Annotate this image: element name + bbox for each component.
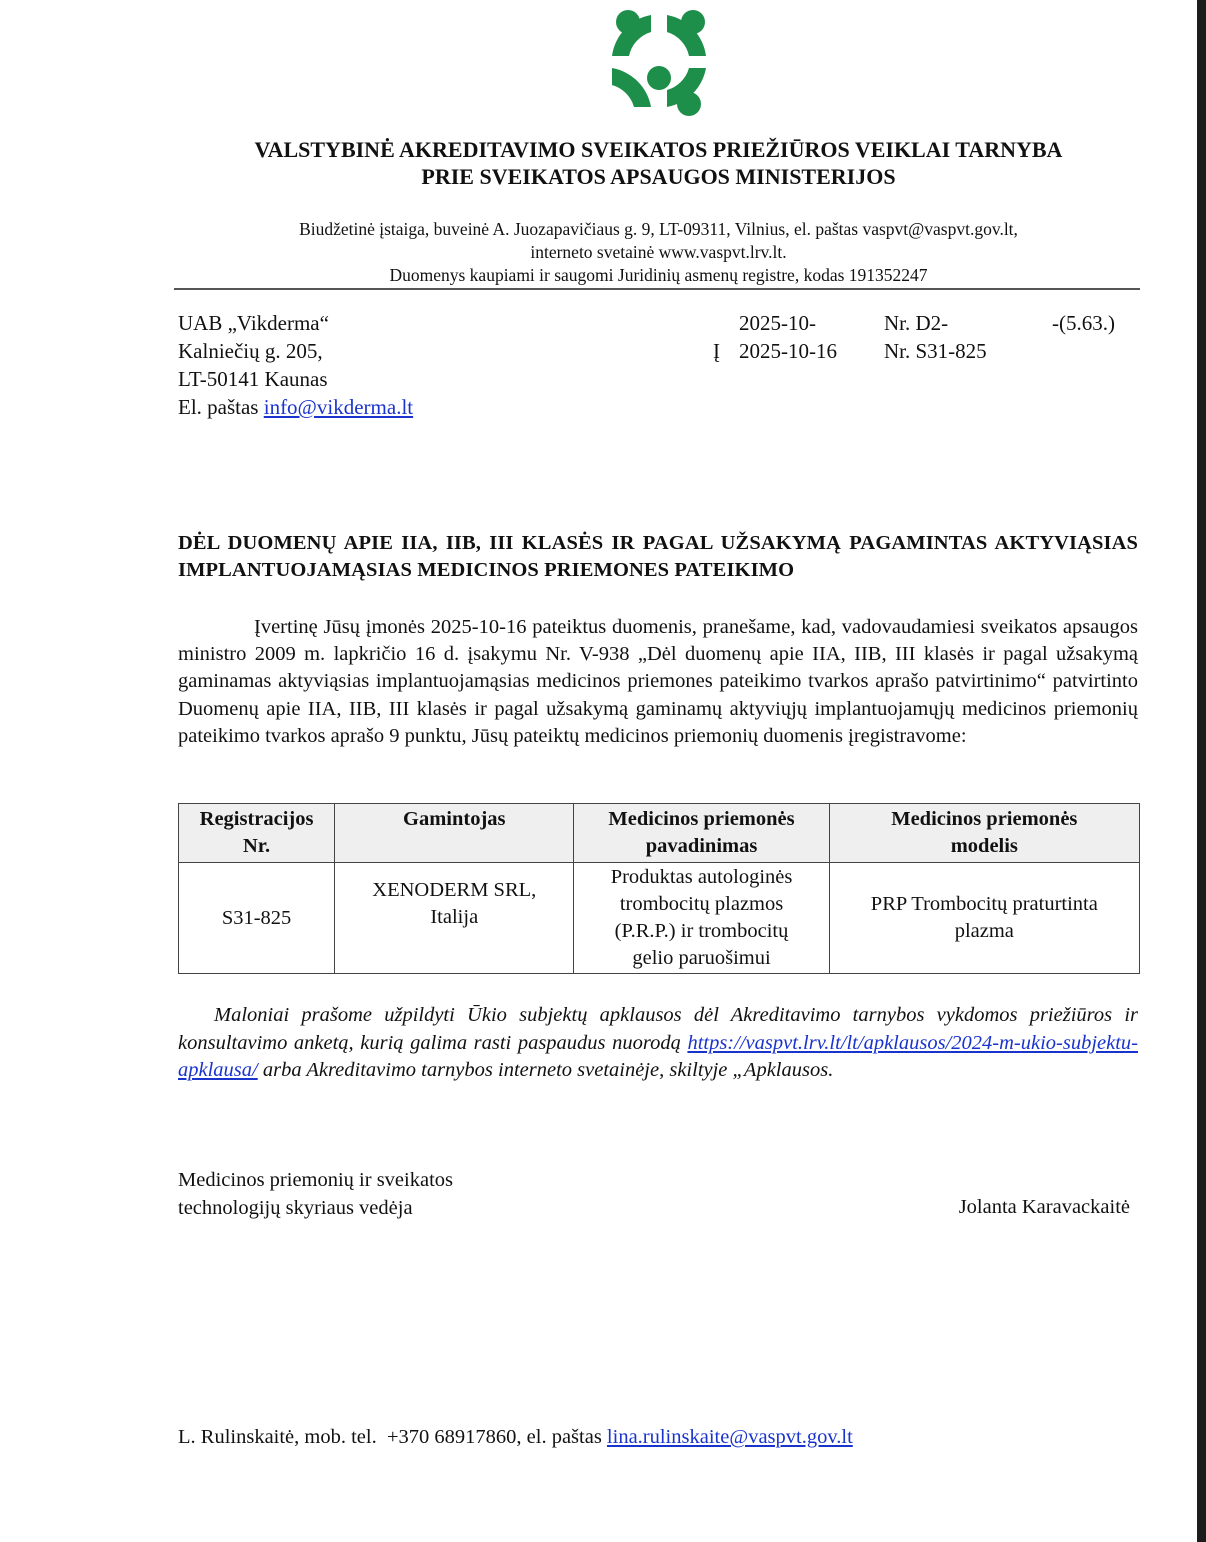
signer-role: Medicinos priemonių ir sveikatos technol… [178,1167,453,1222]
cell-device-name: Produktas autologinės trombocitų plazmos… [574,863,829,974]
org-info-line3: Duomenys kaupiami ir saugomi Juridinių a… [150,264,1167,287]
cell-reg-nr: S31-825 [179,863,335,974]
ref-suffix-column: -(5.63.) [1052,309,1115,337]
recipient-name: UAB „Vikderma“ [178,309,413,337]
col-header-reg-nr: RegistracijosNr. [179,804,335,863]
org-info: Biudžetinė įstaiga, buveinė A. Juozapavi… [150,218,1167,287]
registration-table: RegistracijosNr. Gamintojas Medicinos pr… [178,803,1140,974]
survey-text-after: arba Akreditavimo tarnybos interneto sve… [258,1059,834,1081]
org-name-line2: PRIE SVEIKATOS APSAUGOS MINISTERIJOS [150,163,1167,190]
ref-prefix-column: Į [713,309,720,365]
org-info-line2: interneto svetainė www.vaspvt.lrv.lt. [150,241,1167,264]
ref-date-column: 2025-10- 2025-10-16 [739,309,837,365]
letter-body: Įvertinę Jūsų įmonės 2025-10-16 pateiktu… [178,614,1138,750]
incoming-prefix: Į [713,337,720,365]
recipient-city: LT-50141 Kaunas [178,365,413,393]
viewer-edge-strip [1197,0,1206,1542]
col-header-device-model: Medicinos priemonėsmodelis [829,804,1139,863]
org-info-line1: Biudžetinė įstaiga, buveinė A. Juozapavi… [150,218,1167,241]
ref-number-column: Nr. D2- Nr. S31-825 [884,309,987,365]
contact-email-link[interactable]: lina.rulinskaite@vaspvt.gov.lt [607,1426,853,1448]
document-page: VALSTYBINĖ AKREDITAVIMO SVEIKATOS PRIEŽI… [0,0,1197,1542]
outgoing-date: 2025-10- [739,309,837,337]
table-row: S31-825 XENODERM SRL,Italija Produktas a… [179,863,1140,974]
table-header-row: RegistracijosNr. Gamintojas Medicinos pr… [179,804,1140,863]
recipient-email-row: El. paštas info@vikderma.lt [178,393,413,421]
recipient-email-link[interactable]: info@vikderma.lt [264,395,413,419]
recipient-email-label: El. paštas [178,395,264,419]
col-header-device-name: Medicinos priemonėspavadinimas [574,804,829,863]
outgoing-suffix: -(5.63.) [1052,309,1115,337]
cell-device-model: PRP Trombocitų praturtintaplazma [829,863,1139,974]
recipient-street: Kalniečių g. 205, [178,337,413,365]
contact-text: L. Rulinskaitė, mob. tel. +370 68917860,… [178,1426,607,1448]
cell-manufacturer: XENODERM SRL,Italija [335,863,574,974]
col-header-manufacturer: Gamintojas [335,804,574,863]
letter-subject: DĖL DUOMENŲ APIE IIA, IIB, III KLASĖS IR… [178,530,1138,584]
outgoing-number: Nr. D2- [884,309,987,337]
signer-name: Jolanta Karavackaitė [959,1194,1130,1222]
org-title: VALSTYBINĖ AKREDITAVIMO SVEIKATOS PRIEŽI… [150,136,1167,190]
incoming-number: Nr. S31-825 [884,337,987,365]
incoming-date: 2025-10-16 [739,337,837,365]
four-figures-circle-logo-icon [603,6,715,116]
header-divider [174,288,1140,290]
recipient-block: UAB „Vikderma“ Kalniečių g. 205, LT-5014… [178,309,413,421]
org-name-line1: VALSTYBINĖ AKREDITAVIMO SVEIKATOS PRIEŽI… [150,136,1167,163]
contact-line: L. Rulinskaitė, mob. tel. +370 68917860,… [178,1424,853,1451]
survey-paragraph: Maloniai prašome užpildyti Ūkio subjektų… [178,1002,1138,1085]
